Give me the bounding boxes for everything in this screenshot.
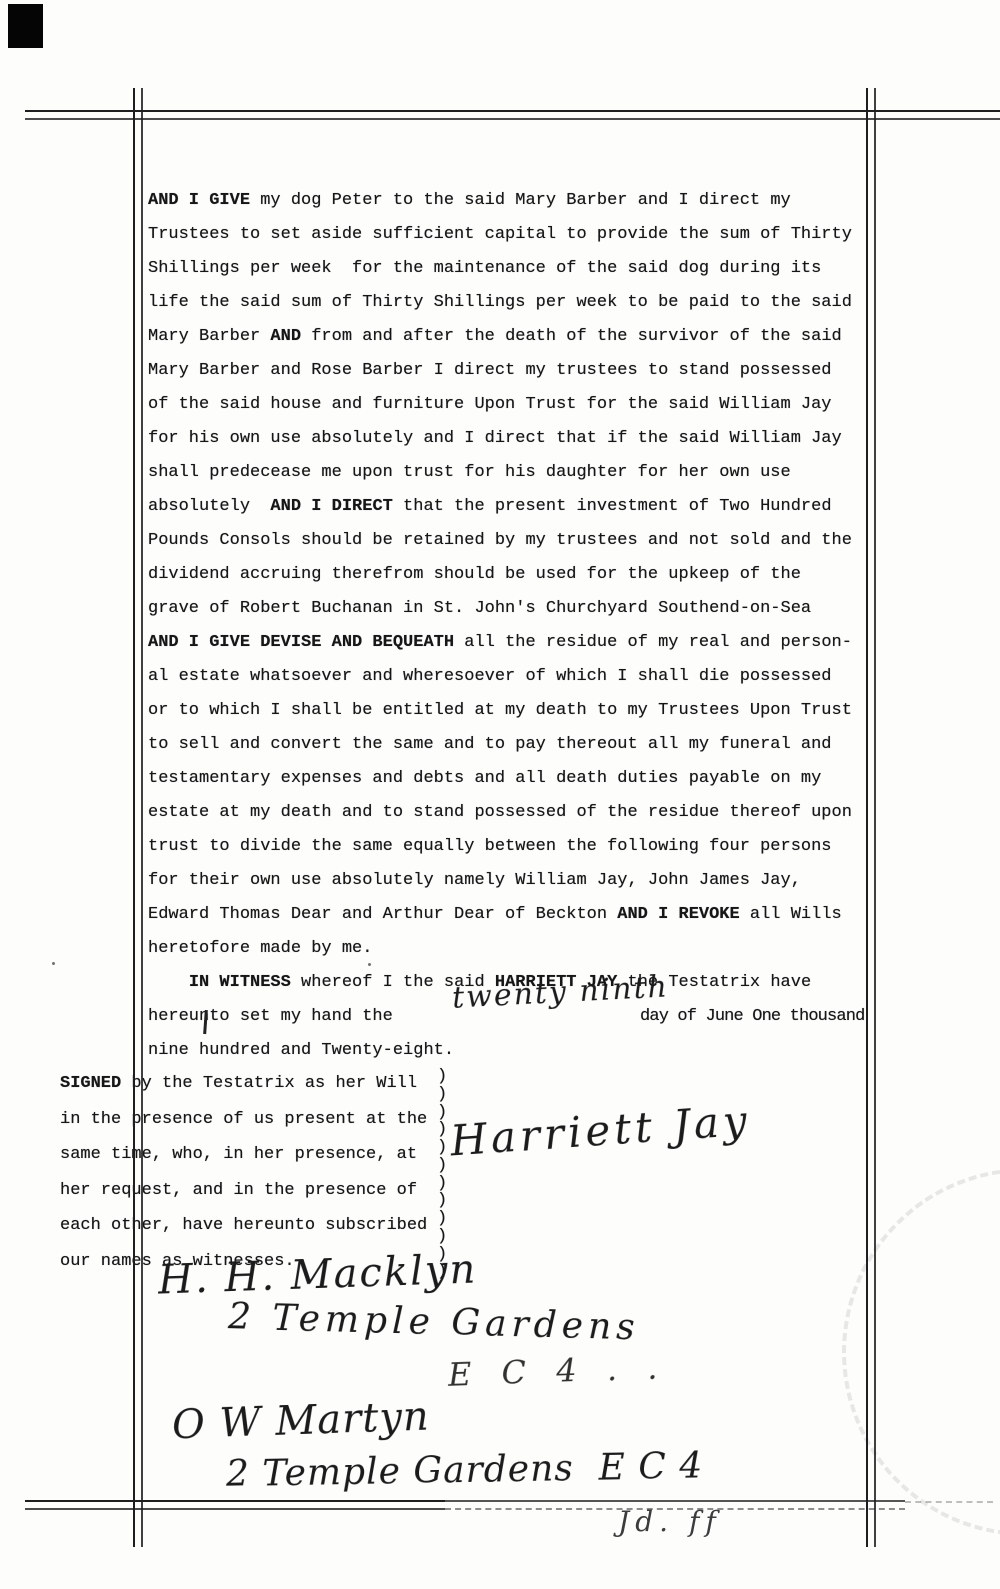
text-line: for his own use absolutely and I direct … [148,422,852,456]
frame-bottom-rule-faint [905,1501,993,1506]
witness1-address: 2 Temple Gardens [228,1297,641,1349]
scan-corner-mark [8,4,43,48]
text-line: grave of Robert Buchanan in St. John's C… [148,592,852,626]
bracket-paren: ) [437,1228,447,1245]
text-line: Trustees to set aside sufficient capital… [148,218,852,252]
text-line: in the presence of us present at the [60,1102,427,1138]
text-line: Pounds Consols should be retained by my … [148,524,852,558]
bracket-paren: ) [437,1175,447,1192]
witness1-address-2: E C 4 . . [447,1348,667,1394]
text-line: Shillings per week for the maintenance o… [148,252,852,286]
bracket-paren: ) [437,1068,447,1085]
text-line: life the said sum of Thirty Shillings pe… [148,286,852,320]
bracket-paren: ) [437,1086,447,1103]
text-line: dividend accruing therefrom should be us… [148,558,852,592]
ink-speck [368,963,371,966]
frame-top-rule [25,110,1000,120]
text-line: heretofore made by me. [148,932,852,966]
text-line: estate at my death and to stand possesse… [148,796,852,830]
date-line-post: day of June One thousand [640,1000,864,1034]
text-line: testamentary expenses and debts and all … [148,762,852,796]
frame-right-rule [866,88,876,1547]
text-line: her request, and in the presence of [60,1173,427,1209]
witness2-address: 2 Temple Gardens E C 4 [226,1446,704,1495]
signature-witness1: H. H. Macklyn [157,1246,478,1303]
text-line: SIGNED by the Testatrix as her Will [60,1066,427,1102]
bracket-paren: ) [437,1157,447,1174]
text-line: same time, who, in her presence, at [60,1137,427,1173]
text-line: al estate whatsoever and wheresoever of … [148,660,852,694]
text-line: or to which I shall be entitled at my de… [148,694,852,728]
frame-left-rule [133,88,143,1547]
frame-bottom-rule [25,1500,445,1510]
text-line: for their own use absolutely namely Will… [148,864,852,898]
text-line: AND I GIVE DEVISE AND BEQUEATH all the r… [148,626,852,660]
bracket-paren: ) [437,1121,447,1138]
attestation-block: SIGNED by the Testatrix as her Willin th… [60,1066,427,1279]
text-line: absolutely AND I DIRECT that the present… [148,490,852,524]
text-line: trust to divide the same equally between… [148,830,852,864]
date-line-pre: hereunto set my hand the [148,1000,393,1034]
ink-speck [52,962,55,965]
text-line: shall predecease me upon trust for his d… [148,456,852,490]
text-line: to sell and convert the same and to pay … [148,728,852,762]
signature-witness2: O W Martyn [171,1394,430,1449]
scanned-will-page: AND I GIVE my dog Peter to the said Mary… [0,0,1000,1589]
frame-bottom-rule-dashed [445,1500,905,1510]
text-line: Mary Barber and Rose Barber I direct my … [148,354,852,388]
bracket-paren: ) [437,1210,447,1227]
bracket-paren: ) [437,1139,447,1156]
text-line: AND I GIVE my dog Peter to the said Mary… [148,184,852,218]
text-line: Edward Thomas Dear and Arthur Dear of Be… [148,898,852,932]
bracket-paren: ) [437,1104,447,1121]
bracket-paren: ) [437,1192,447,1209]
text-line: Mary Barber AND from and after the death… [148,320,852,354]
text-line: of the said house and furniture Upon Tru… [148,388,852,422]
signature-testatrix: Harriett Jay [449,1096,753,1166]
date-line-2: nine hundred and Twenty-eight. [148,1034,454,1068]
text-line: each other, have hereunto subscribed [60,1208,427,1244]
body-text: AND I GIVE my dog Peter to the said Mary… [148,184,852,1000]
